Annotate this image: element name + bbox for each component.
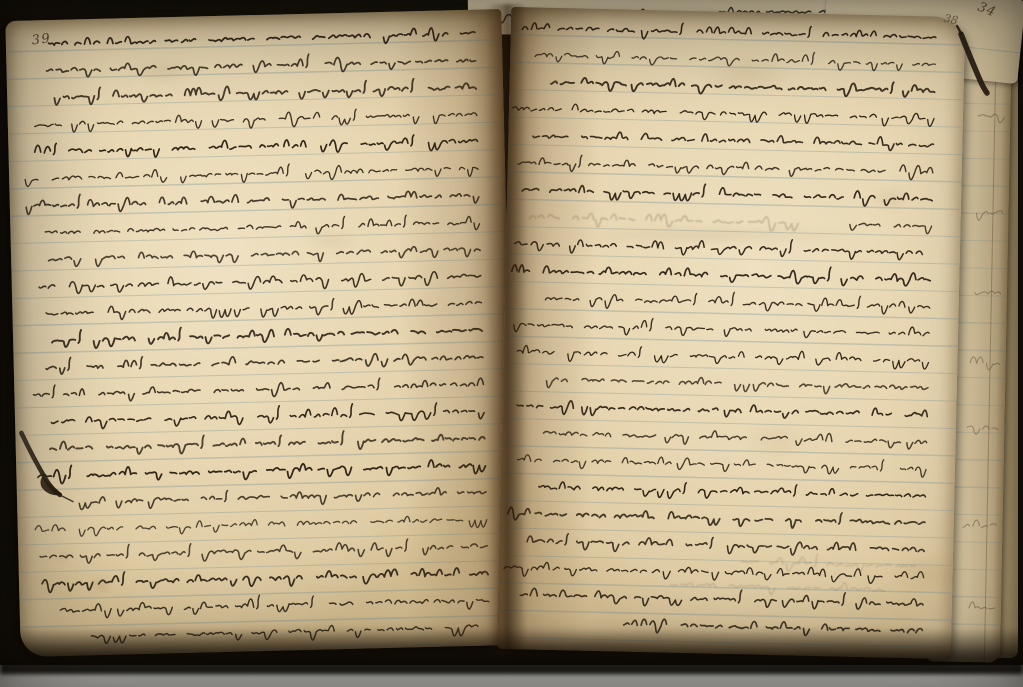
handwriting-stroke: [527, 533, 924, 558]
table-surface: [0, 665, 1023, 687]
handwriting-stroke: [45, 213, 480, 240]
handwriting-stroke: [46, 295, 482, 322]
handwriting-stroke: [623, 618, 922, 639]
handwriting-stroke: [545, 288, 930, 315]
handwriting-stroke: [42, 563, 488, 592]
handwriting-stroke: [976, 210, 1002, 220]
handwriting-stroke: [969, 602, 995, 609]
handwriting-stroke: [50, 428, 485, 457]
handwriting-stroke: [26, 185, 479, 215]
left-page: 39: [5, 9, 516, 657]
handwriting-left: [12, 27, 490, 647]
handwriting-stroke: [517, 344, 929, 370]
handwriting-stroke: [49, 27, 476, 52]
handwriting-right: [500, 20, 936, 639]
handwriting-stroke: [54, 77, 476, 105]
handwriting-stroke: [535, 46, 935, 72]
handwriting-stroke: [514, 315, 930, 341]
handwriting-stroke: [21, 432, 60, 496]
handwriting-stroke: [546, 374, 928, 396]
handwriting-fragments: [961, 114, 1004, 609]
handwriting-stroke: [529, 211, 798, 231]
handwriting-stroke: [52, 320, 483, 349]
handwriting-stroke: [515, 233, 923, 260]
handwriting-stroke: [670, 579, 885, 597]
handwriting-stroke: [508, 505, 925, 531]
page-number-corner: 38: [943, 12, 959, 28]
handwriting-stroke: [522, 180, 932, 207]
handwriting-stroke: [539, 479, 926, 504]
page-number-under: 34: [976, 0, 999, 21]
handwriting-stroke: [517, 400, 928, 423]
handwriting-stroke: [512, 260, 931, 288]
handwriting-stroke: [79, 484, 486, 510]
handwriting-stroke: [46, 50, 475, 79]
handwriting-stroke: [850, 223, 932, 234]
handwriting-stroke: [522, 20, 936, 46]
handwriting-stroke: [518, 154, 933, 180]
handwriting-stroke: [46, 347, 483, 374]
handwriting-stroke: [970, 357, 1000, 370]
left-page-writing: [5, 9, 516, 657]
handwriting-stroke: [551, 75, 935, 99]
right-page-writing: [497, 7, 965, 659]
handwriting-stroke: [967, 426, 998, 435]
handwriting-stroke: [51, 401, 484, 430]
manuscript-photo: 34 39 38: [0, 0, 1023, 687]
handwriting-stroke: [978, 114, 1004, 123]
handwriting-stroke: [48, 244, 480, 268]
handwriting-stroke: [38, 455, 486, 484]
handwriting-stroke: [60, 590, 489, 619]
handwriting-stroke: [504, 560, 924, 585]
handwriting-stroke: [517, 451, 926, 477]
handwriting-stroke: [35, 514, 487, 538]
right-page: [497, 7, 965, 659]
handwriting-stroke: [25, 159, 478, 187]
handwriting-stroke: [39, 269, 481, 295]
handwriting-stroke: [35, 133, 478, 160]
handwriting-stroke: [91, 622, 478, 646]
handwriting-stroke: [33, 375, 483, 403]
handwriting-stroke: [741, 552, 915, 574]
handwriting-stroke: [543, 427, 927, 450]
handwriting-stroke: [963, 520, 997, 528]
handwriting-stroke: [35, 106, 477, 133]
handwriting-stroke: [40, 536, 488, 565]
handwriting-stroke: [975, 291, 1001, 295]
handwriting-stroke: [60, 495, 73, 502]
handwriting-stroke: [512, 103, 934, 127]
handwriting-stroke: [40, 476, 62, 496]
handwriting-stroke: [533, 129, 934, 151]
